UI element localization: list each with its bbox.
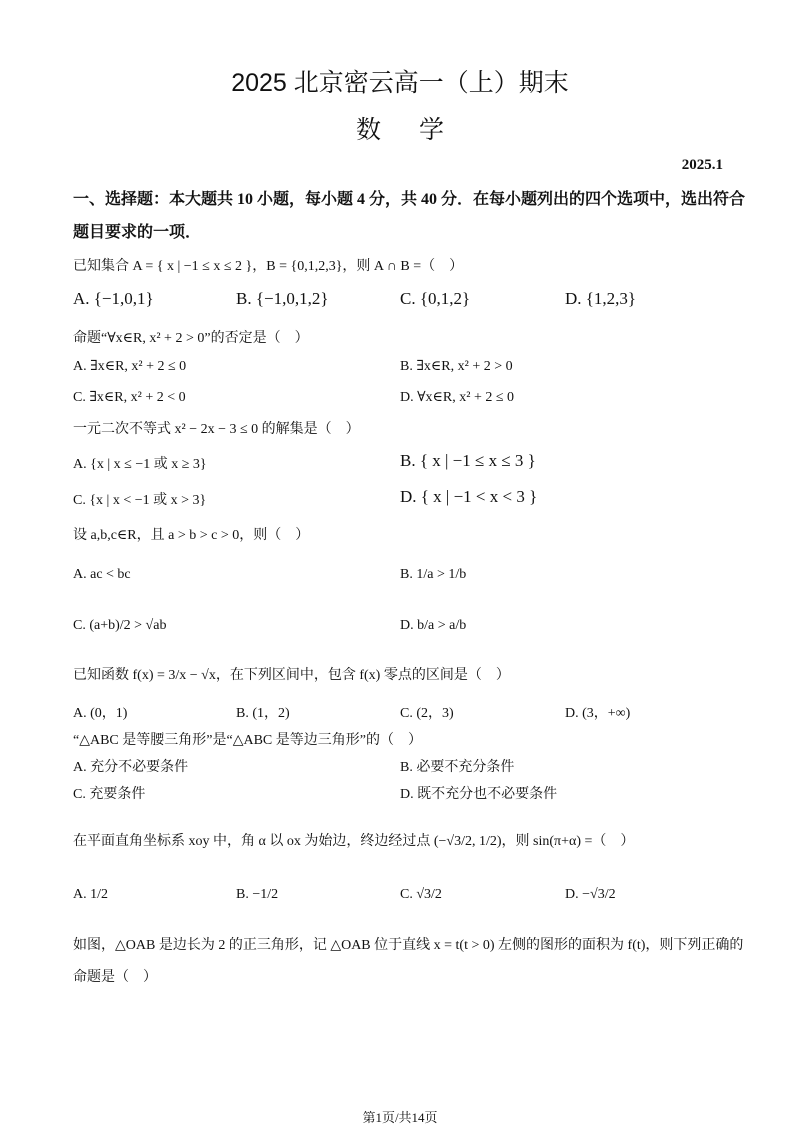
page-indicator: 第1页/共14页 bbox=[0, 1107, 800, 1126]
question-7: 在平面直角坐标系 xoy 中，角 α 以 ox 为始边，终边经过点 (−√3/2… bbox=[73, 830, 634, 850]
q2-option-b: B. ∃x∈R, x² + 2 > 0 bbox=[400, 358, 513, 375]
q5-option-c: C. (2，3) bbox=[400, 702, 454, 722]
question-5: 已知函数 f(x) = 3/x − √x，在下列区间中，包含 f(x) 零点的区… bbox=[73, 664, 510, 684]
q6-option-a: A. 充分不必要条件 bbox=[73, 756, 188, 776]
q4-option-c: C. (a+b)/2 > √ab bbox=[73, 618, 166, 634]
question-stem: 已知集合 A = { x | −1 ≤ x ≤ 2 }，B = {0,1,2,3… bbox=[73, 259, 463, 274]
q3-option-a: A. {x | x ≤ −1 或 x ≥ 3} bbox=[73, 453, 207, 473]
q6-option-c: C. 充要条件 bbox=[73, 783, 145, 803]
section-heading: 一、选择题：本大题共 10 小题，每小题 4 分，共 40 分．在每小题列出的四… bbox=[73, 183, 753, 249]
q1-option-d: D. {1,2,3} bbox=[565, 289, 636, 309]
q4-option-d: D. b/a > a/b bbox=[400, 618, 466, 634]
question-6: “△ABC 是等腰三角形”是“△ABC 是等边三角形”的（ ） bbox=[73, 729, 422, 749]
q2-option-a: A. ∃x∈R, x² + 2 ≤ 0 bbox=[73, 358, 186, 375]
q4-option-b: B. 1/a > 1/b bbox=[400, 567, 466, 583]
question-1: 已知集合 A = { x | −1 ≤ x ≤ 2 }，B = {0,1,2,3… bbox=[73, 255, 463, 275]
exam-title: 2025 北京密云高一（上）期末 bbox=[0, 63, 800, 99]
q4-option-a: A. ac < bc bbox=[73, 567, 131, 583]
q3-option-c: C. {x | x < −1 或 x > 3} bbox=[73, 489, 206, 509]
question-3: 一元二次不等式 x² − 2x − 3 ≤ 0 的解集是（ ） bbox=[73, 418, 360, 438]
q7-option-a: A. 1/2 bbox=[73, 887, 108, 903]
subject-title: 数学 bbox=[0, 110, 800, 146]
exam-date: 2025.1 bbox=[682, 157, 723, 174]
question-8: 如图，△OAB 是边长为 2 的正三角形，记 △OAB 位于直线 x = t(t… bbox=[73, 930, 753, 994]
q1-option-a: A. {−1,0,1} bbox=[73, 289, 154, 309]
q6-option-b: B. 必要不充分条件 bbox=[400, 756, 514, 776]
q2-option-d: D. ∀x∈R, x² + 2 ≤ 0 bbox=[400, 389, 514, 406]
q1-option-b: B. {−1,0,1,2} bbox=[236, 289, 329, 309]
question-2: 命题“∀x∈R, x² + 2 > 0”的否定是（ ） bbox=[73, 327, 309, 347]
question-4: 设 a,b,c∈R，且 a > b > c > 0，则（ ） bbox=[73, 524, 309, 544]
q6-option-d: D. 既不充分也不必要条件 bbox=[400, 783, 557, 803]
q7-option-b: B. −1/2 bbox=[236, 887, 278, 903]
q5-option-b: B. (1，2) bbox=[236, 702, 290, 722]
q5-option-a: A. (0，1) bbox=[73, 702, 127, 722]
q3-option-b: B. { x | −1 ≤ x ≤ 3 } bbox=[400, 451, 536, 471]
q3-option-d: D. { x | −1 < x < 3 } bbox=[400, 487, 537, 507]
q1-option-c: C. {0,1,2} bbox=[400, 289, 470, 309]
q5-option-d: D. (3，+∞) bbox=[565, 702, 630, 722]
q7-option-d: D. −√3/2 bbox=[565, 887, 616, 903]
q2-option-c: C. ∃x∈R, x² + 2 < 0 bbox=[73, 389, 186, 406]
q7-option-c: C. √3/2 bbox=[400, 887, 442, 903]
